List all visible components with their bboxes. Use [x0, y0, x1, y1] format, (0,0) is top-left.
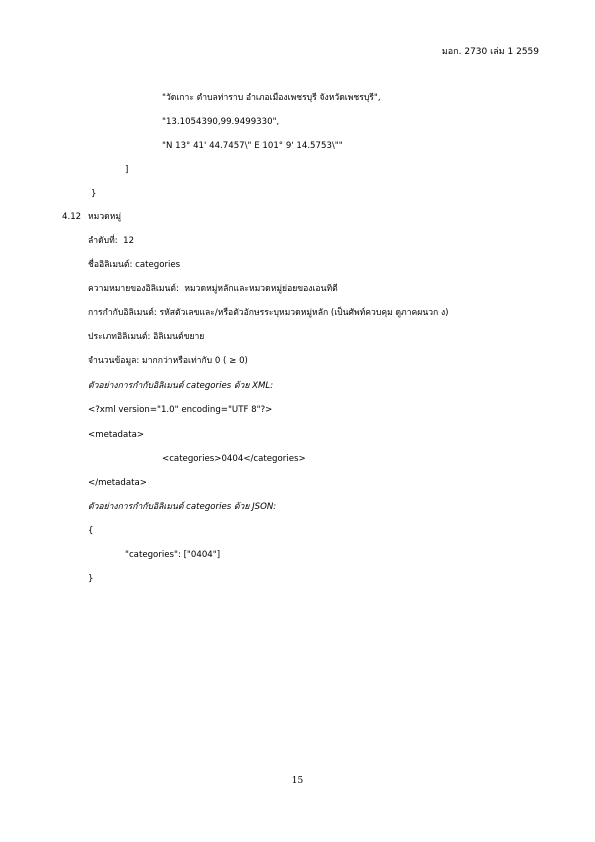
field-value: มากกว่าหรือเท่ากับ 0 ( ≥ 0) — [142, 356, 248, 366]
field-value: อิลิเมนต์ขยาย — [153, 332, 204, 342]
xml-line: <categories>0404</categories> — [162, 453, 306, 465]
field-label: จำนวนข้อมูล: — [88, 356, 139, 366]
standard-reference: มอก. 2730 เล่ม 1 2559 — [442, 46, 539, 58]
field-value: 12 — [123, 236, 134, 246]
field-label: ลำดับที่: — [88, 236, 118, 246]
field-label: ชื่ออิลิเมนต์: — [88, 260, 132, 270]
field-value: หมวดหมู่หลักและหมวดหมู่ย่อยของเอนทิตี — [184, 284, 337, 294]
json-line: } — [88, 573, 93, 585]
xml-example-caption: ตัวอย่างการกำกับอิลิเมนต์ categories ด้ว… — [88, 380, 273, 392]
field-cardinality: จำนวนข้อมูล: มากกว่าหรือเท่ากับ 0 ( ≥ 0) — [88, 355, 248, 367]
json-line: "categories": ["0404"] — [125, 549, 220, 561]
xml-line: </metadata> — [88, 477, 147, 489]
field-value: รหัสตัวเลขและ/หรือตัวอักษรระบุหมวดหมู่หล… — [159, 308, 448, 318]
json-dms-line: "N 13° 41' 44.7457\" E 101° 9' 14.5753\"… — [162, 140, 343, 152]
xml-line: <metadata> — [88, 429, 144, 441]
json-latlon-line: "13.1054390,99.9499330", — [162, 116, 279, 128]
section-title: หมวดหมู่ — [88, 211, 121, 223]
field-element-name: ชื่ออิลิเมนต์: categories — [88, 259, 180, 271]
page-number: 15 — [0, 775, 595, 787]
json-example-caption: ตัวอย่างการกำกับอิลิเมนต์ categories ด้ว… — [88, 501, 276, 513]
field-value: categories — [135, 260, 180, 270]
json-address-line: "วัดเกาะ ตำบลท่าราบ อำเภอเมืองเพชรบุรี จ… — [162, 92, 381, 104]
field-type: ประเภทอิลิเมนต์: อิลิเมนต์ขยาย — [88, 331, 204, 343]
json-close-bracket: ] — [125, 164, 128, 176]
field-annotation: การกำกับอิลิเมนต์: รหัสตัวเลขและ/หรือตัว… — [88, 307, 449, 319]
section-number: 4.12 — [62, 211, 81, 223]
field-sequence: ลำดับที่: 12 — [88, 235, 134, 247]
json-line: { — [88, 525, 93, 537]
field-label: ประเภทอิลิเมนต์: — [88, 332, 150, 342]
xml-line: <?xml version="1.0" encoding="UTF 8"?> — [88, 404, 272, 416]
field-meaning: ความหมายของอิลิเมนต์: หมวดหมู่หลักและหมว… — [88, 283, 338, 295]
field-label: ความหมายของอิลิเมนต์: — [88, 284, 179, 294]
field-label: การกำกับอิลิเมนต์: — [88, 308, 157, 318]
json-close-brace: } — [91, 188, 96, 200]
